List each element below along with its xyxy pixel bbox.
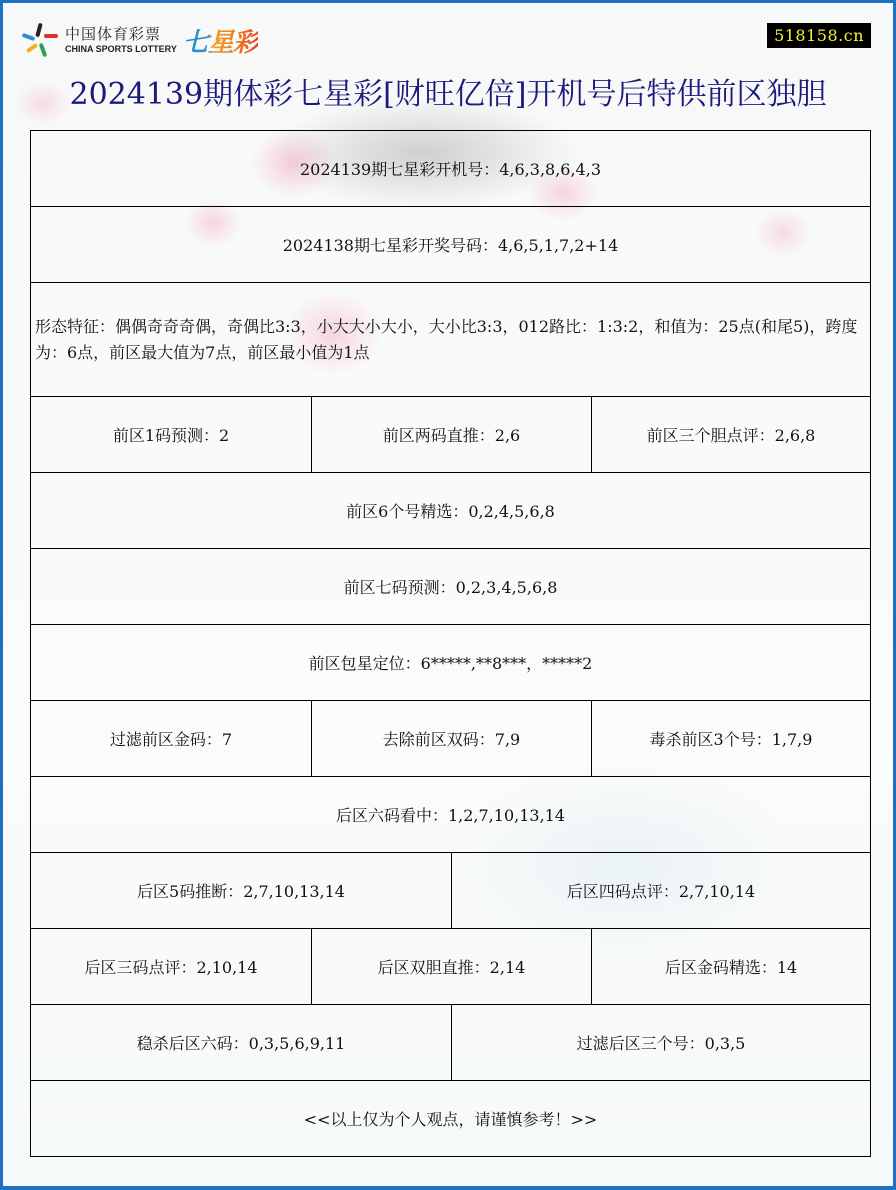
front-six-picks: 前区6个号精选：0,2,4,5,6,8 [31, 473, 870, 548]
front-three-bankers: 前区三个胆点评：2,6,8 [591, 397, 870, 472]
back-two-bankers: 后区双胆直推：2,14 [311, 929, 591, 1004]
remove-front-double: 去除前区双码：7,9 [311, 701, 591, 776]
logo-english-text: CHINA SPORTS LOTTERY [65, 45, 177, 54]
front-seven-picks: 前区七码预测：0,2,3,4,5,6,8 [31, 549, 870, 624]
last-draw-numbers: 2024138期七星彩开奖号码：4,6,5,1,7,2+14 [31, 207, 870, 282]
table-row-pattern: 形态特征：偶偶奇奇奇偶，奇偶比3:3，小大大小大小，大小比3:3，012路比：1… [31, 283, 870, 397]
table-row-front-seven: 前区七码预测：0,2,3,4,5,6,8 [31, 549, 870, 625]
page-title: 2024139期体彩七星彩[财旺亿倍]开机号后特供前区独胆 [3, 69, 893, 113]
kill-back-six: 稳杀后区六码：0,3,5,6,9,11 [31, 1005, 451, 1080]
qixingcai-brand: 七星彩 [183, 22, 258, 59]
open-machine-numbers: 2024139期七星彩开机号：4,6,3,8,6,4,3 [31, 131, 870, 206]
china-sports-lottery-logo: 中国体育彩票 CHINA SPORTS LOTTERY 七星彩 [21, 21, 258, 59]
back-six-picks: 后区六码看中：1,2,7,10,13,14 [31, 777, 870, 852]
front-position-picks: 前区包星定位：6*****,**8***，*****2 [31, 625, 870, 700]
back-three-picks: 后区三码点评：2,10,14 [31, 929, 311, 1004]
table-row-kaiji: 2024139期七星彩开机号：4,6,3,8,6,4,3 [31, 131, 870, 207]
lottery-star-logo-icon [21, 22, 59, 58]
table-row-back-kills: 稳杀后区六码：0,3,5,6,9,11 过滤后区三个号：0,3,5 [31, 1005, 870, 1081]
kill-front-three: 毒杀前区3个号：1,7,9 [591, 701, 870, 776]
site-domain-badge: 518158.cn [767, 23, 871, 48]
front-two-codes: 前区两码直推：2,6 [311, 397, 591, 472]
table-row-back-picks: 后区三码点评：2,10,14 后区双胆直推：2,14 后区金码精选：14 [31, 929, 870, 1005]
front-one-code: 前区1码预测：2 [31, 397, 311, 472]
disclaimer-text: <<以上仅为个人观点，请谨慎参考！>> [31, 1081, 870, 1156]
table-row-last-draw: 2024138期七星彩开奖号码：4,6,5,1,7,2+14 [31, 207, 870, 283]
table-row-position: 前区包星定位：6*****,**8***，*****2 [31, 625, 870, 701]
prediction-table: 2024139期七星彩开机号：4,6,3,8,6,4,3 2024138期七星彩… [30, 130, 871, 1157]
pattern-features: 形态特征：偶偶奇奇奇偶，奇偶比3:3，小大大小大小，大小比3:3，012路比：1… [31, 283, 870, 396]
table-row-back-five-four: 后区5码推断：2,7,10,13,14 后区四码点评：2,7,10,14 [31, 853, 870, 929]
logo-chinese-text: 中国体育彩票 [65, 27, 177, 42]
table-row-front-six: 前区6个号精选：0,2,4,5,6,8 [31, 473, 870, 549]
back-five-picks: 后区5码推断：2,7,10,13,14 [31, 853, 451, 928]
back-gold-pick: 后区金码精选：14 [591, 929, 870, 1004]
back-four-picks: 后区四码点评：2,7,10,14 [451, 853, 870, 928]
page-frame: 中国体育彩票 CHINA SPORTS LOTTERY 七星彩 518158.c… [0, 0, 896, 1190]
filter-back-three: 过滤后区三个号：0,3,5 [451, 1005, 870, 1080]
filter-front-gold: 过滤前区金码：7 [31, 701, 311, 776]
table-row-disclaimer: <<以上仅为个人观点，请谨慎参考！>> [31, 1081, 870, 1157]
table-row-front-picks: 前区1码预测：2 前区两码直推：2,6 前区三个胆点评：2,6,8 [31, 397, 870, 473]
table-row-front-kills: 过滤前区金码：7 去除前区双码：7,9 毒杀前区3个号：1,7,9 [31, 701, 870, 777]
table-row-back-six: 后区六码看中：1,2,7,10,13,14 [31, 777, 870, 853]
